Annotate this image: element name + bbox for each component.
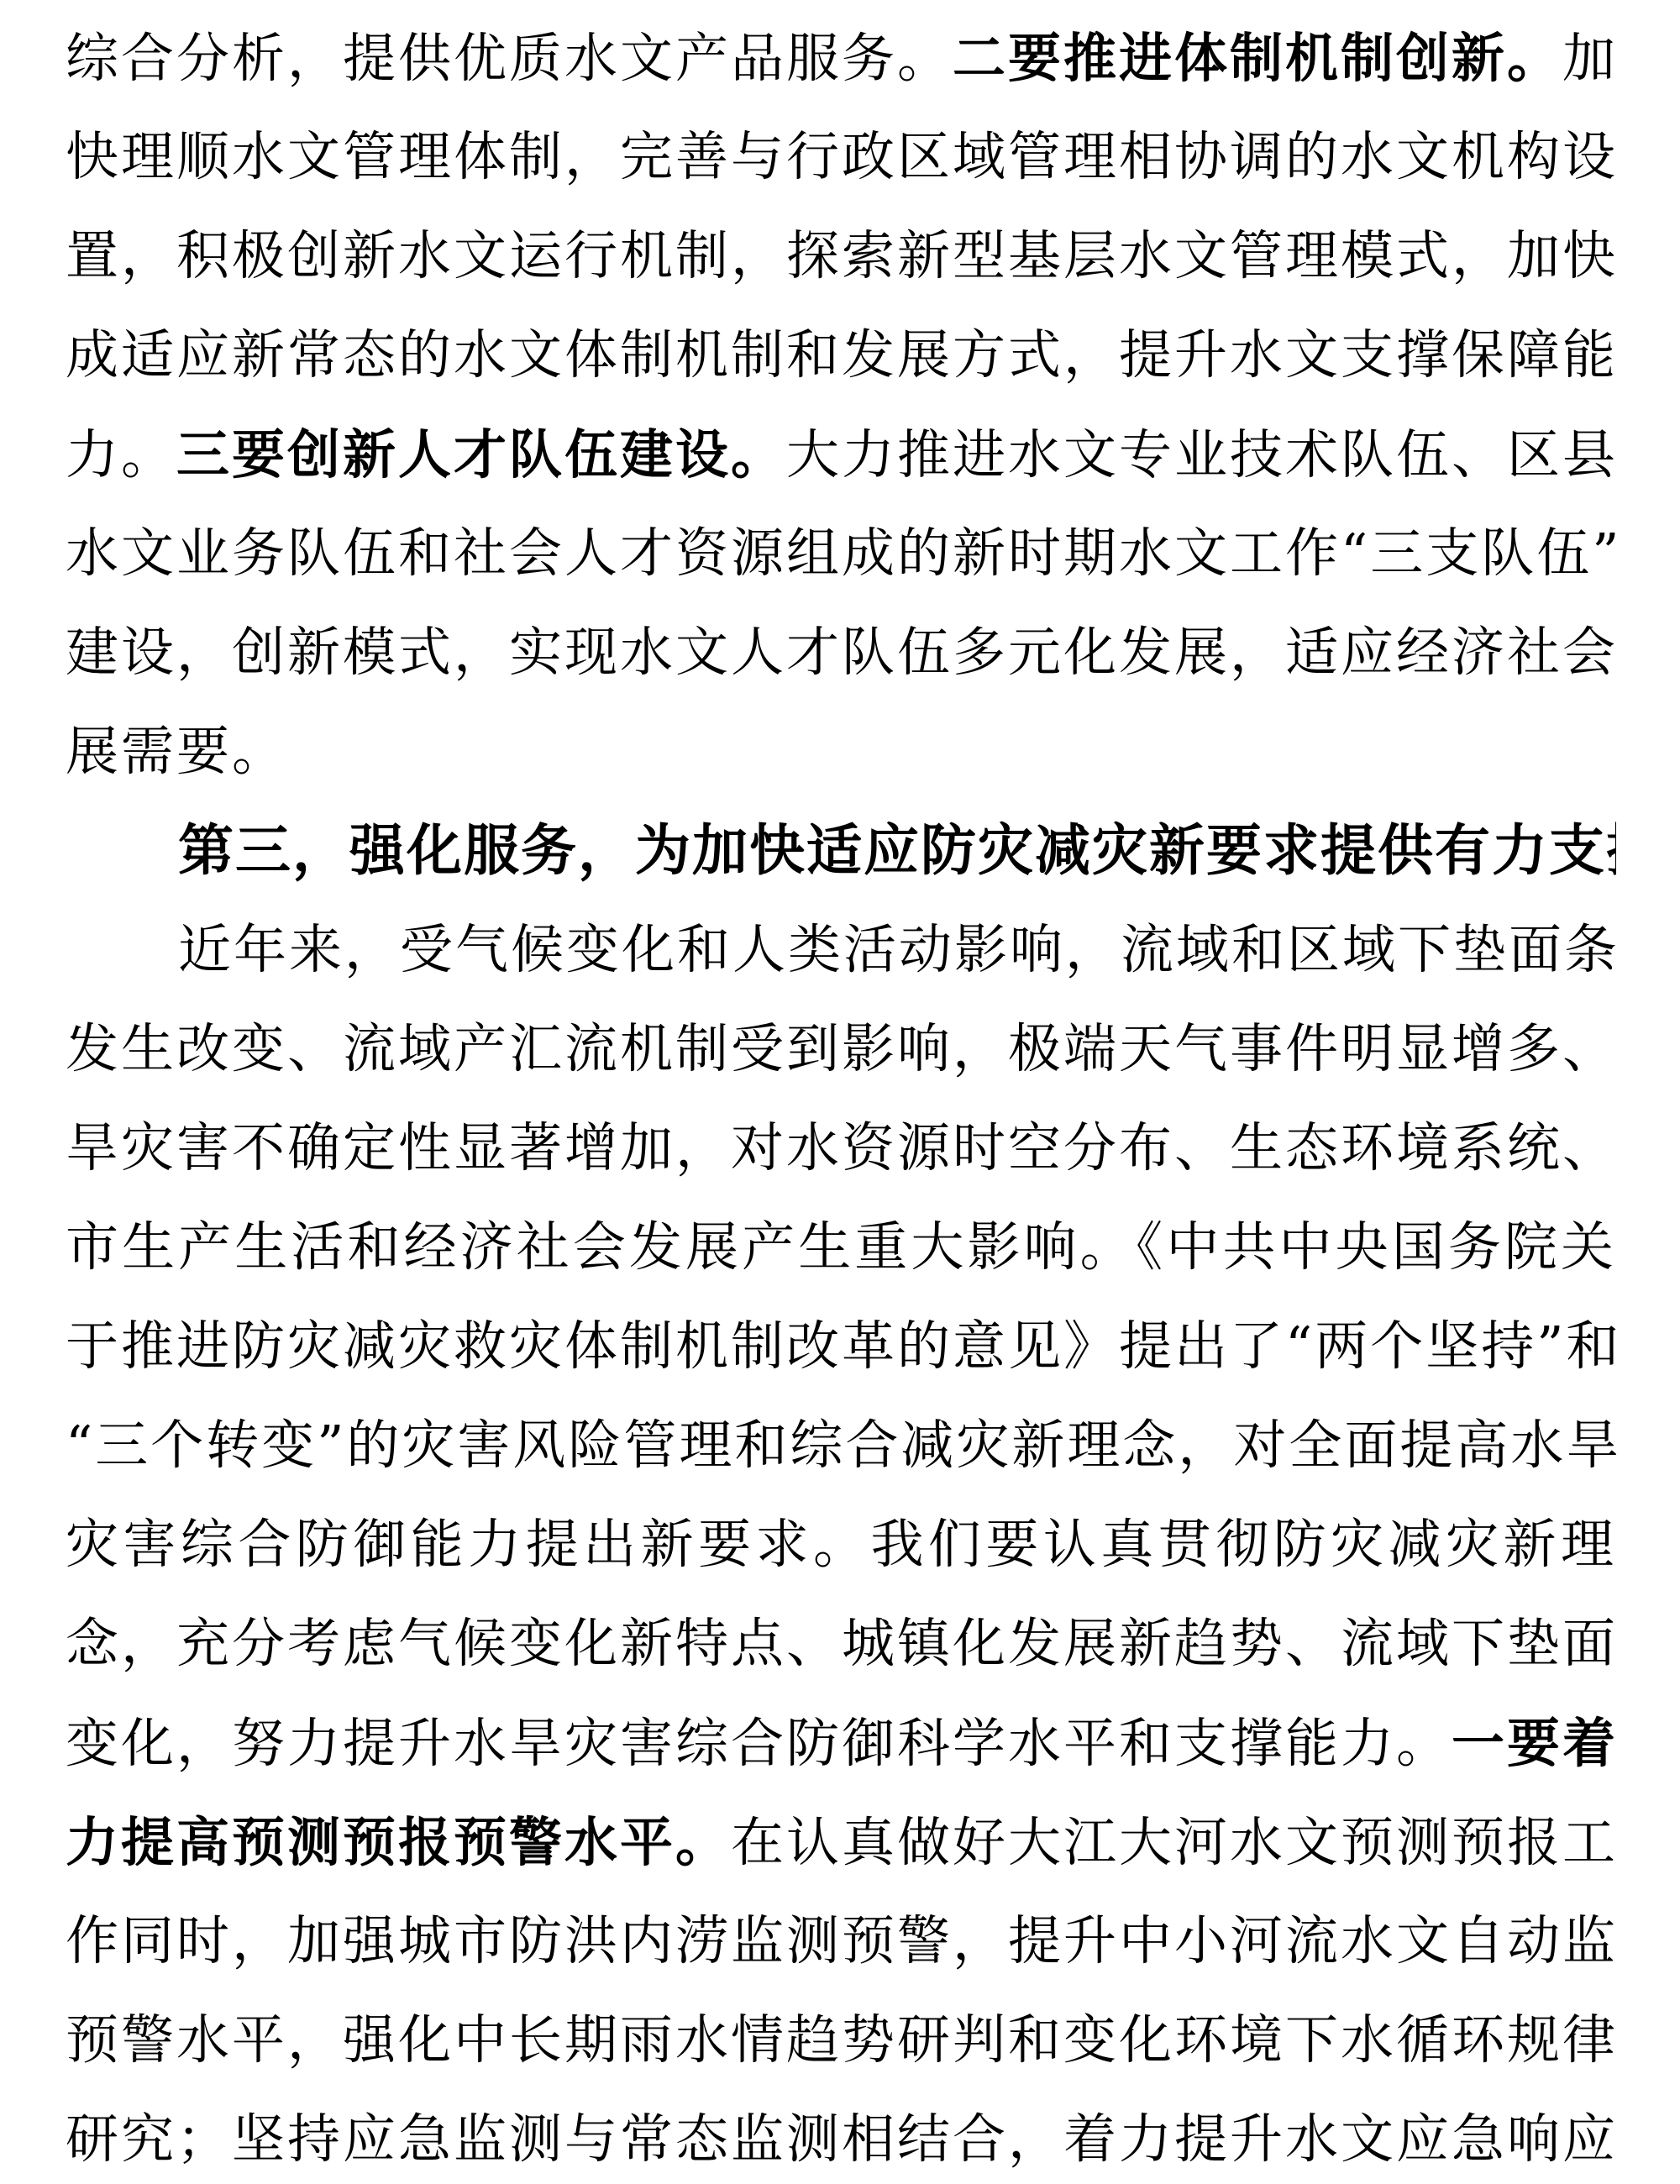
emphasis-text-segment: 二要推进体制机制创新。 [953, 27, 1562, 89]
text-line: 建设，创新模式，实现水文人才队伍多元化发展，适应经济社会发 [66, 603, 1616, 702]
emphasis-text-segment: 力提高预测预报预警水平。 [66, 1811, 731, 1873]
text-line: 变化，努力提升水旱灾害综合防御科学水平和支撑能力。一要着 [66, 1693, 1616, 1793]
text-segment: 发生改变、流域产汇流机制受到影响，极端天气事件明显增多、水 [66, 1018, 1616, 1079]
text-line: 预警水平，强化中长期雨水情趋势研判和变化环境下水循环规律 [66, 1991, 1616, 2090]
text-segment: 置，积极创新水文运行机制，探索新型基层水文管理模式，加快形 [66, 225, 1616, 286]
text-segment: 快理顺水文管理体制，完善与行政区域管理相协调的水文机构设 [66, 126, 1616, 187]
text-segment: 成适应新常态的水文体制机制和发展方式，提升水文支撑保障能 [66, 324, 1616, 386]
text-segment: 作同时，加强城市防洪内涝监测预警，提升中小河流水文自动监测 [66, 1910, 1616, 1971]
text-segment: 念，充分考虑气候变化新特点、城镇化发展新趋势、流域下垫面新 [66, 1613, 1616, 1674]
text-line: 近年来，受气候变化和人类活动影响，流域和区域下垫面条件 [66, 900, 1616, 1000]
text-segment: “三个转变”的灾害风险管理和综合减灾新理念，对全面提高水旱 [66, 1415, 1616, 1476]
text-line: 发生改变、流域产汇流机制受到影响，极端天气事件明显增多、水 [66, 1000, 1616, 1099]
text-segment: 力。 [66, 424, 176, 486]
text-segment: 建设，创新模式，实现水文人才队伍多元化发展，适应经济社会发 [66, 622, 1616, 683]
text-line: 旱灾害不确定性显著增加，对水资源时空分布、生态环境系统、城 [66, 1099, 1616, 1198]
text-line: 置，积极创新水文运行机制，探索新型基层水文管理模式，加快形 [66, 207, 1616, 306]
text-segment: 市生产生活和经济社会发展产生重大影响。《中共中央国务院关 [66, 1216, 1616, 1278]
text-segment: 预警水平，强化中长期雨水情趋势研判和变化环境下水循环规律 [66, 2009, 1616, 2071]
text-segment: 研究；坚持应急监测与常态监测相结合，着力提升水文应急响应能 [66, 2108, 1616, 2170]
emphasis-text-segment: 第三，强化服务，为加快适应防灾减灾新要求提供有力支撑 [178, 818, 1616, 883]
text-segment: 加 [1562, 28, 1616, 89]
text-segment: 在认真做好大江大河水文预测预报工 [731, 1812, 1616, 1873]
text-segment: 于推进防灾减灾救灾体制机制改革的意见》提出了“两个坚持”和 [66, 1315, 1616, 1377]
text-line: 灾害综合防御能力提出新要求。我们要认真贯彻防灾减灾新理 [66, 1495, 1616, 1594]
text-line: 作同时，加强城市防洪内涝监测预警，提升中小河流水文自动监测 [66, 1892, 1616, 1991]
text-segment: 展需要。 [66, 721, 287, 782]
text-line: 念，充分考虑气候变化新特点、城镇化发展新趋势、流域下垫面新 [66, 1594, 1616, 1693]
text-line: 研究；坚持应急监测与常态监测相结合，着力提升水文应急响应能 [66, 2090, 1616, 2184]
emphasis-text-segment: 一要着 [1452, 1712, 1616, 1774]
emphasis-text-segment: 三要创新人才队伍建设。 [176, 423, 786, 486]
section-heading: 第三，强化服务，为加快适应防灾减灾新要求提供有力支撑 [66, 801, 1616, 900]
text-line: 快理顺水文管理体制，完善与行政区域管理相协调的水文机构设 [66, 108, 1616, 207]
text-segment: 综合分析，提供优质水文产品服务。 [66, 28, 953, 89]
text-line: 力提高预测预报预警水平。在认真做好大江大河水文预测预报工 [66, 1793, 1616, 1892]
text-segment: 变化，努力提升水旱灾害综合防御科学水平和支撑能力。 [66, 1713, 1452, 1774]
text-segment: 旱灾害不确定性显著增加，对水资源时空分布、生态环境系统、城 [66, 1117, 1616, 1179]
text-line: 综合分析，提供优质水文产品服务。二要推进体制机制创新。加 [66, 8, 1616, 108]
text-line: 于推进防灾减灾救灾体制机制改革的意见》提出了“两个坚持”和 [66, 1297, 1616, 1396]
text-segment: 近年来，受气候变化和人类活动影响，流域和区域下垫面条件 [178, 919, 1616, 980]
text-line: 力。三要创新人才队伍建设。大力推进水文专业技术队伍、区县 [66, 405, 1616, 504]
text-line: 水文业务队伍和社会人才资源组成的新时期水文工作“三支队伍” [66, 504, 1616, 603]
text-line: 成适应新常态的水文体制机制和发展方式，提升水文支撑保障能 [66, 306, 1616, 405]
text-line: “三个转变”的灾害风险管理和综合减灾新理念，对全面提高水旱 [66, 1396, 1616, 1495]
text-line: 展需要。 [66, 702, 1616, 801]
page-text: 综合分析，提供优质水文产品服务。二要推进体制机制创新。加快理顺水文管理体制，完善… [66, 8, 1616, 2184]
text-line: 市生产生活和经济社会发展产生重大影响。《中共中央国务院关 [66, 1198, 1616, 1297]
text-segment: 灾害综合防御能力提出新要求。我们要认真贯彻防灾减灾新理 [66, 1514, 1616, 1575]
document-page: 综合分析，提供优质水文产品服务。二要推进体制机制创新。加快理顺水文管理体制，完善… [0, 0, 1680, 2184]
text-segment: 水文业务队伍和社会人才资源组成的新时期水文工作“三支队伍” [66, 522, 1616, 584]
text-segment: 大力推进水文专业技术队伍、区县 [786, 424, 1616, 486]
